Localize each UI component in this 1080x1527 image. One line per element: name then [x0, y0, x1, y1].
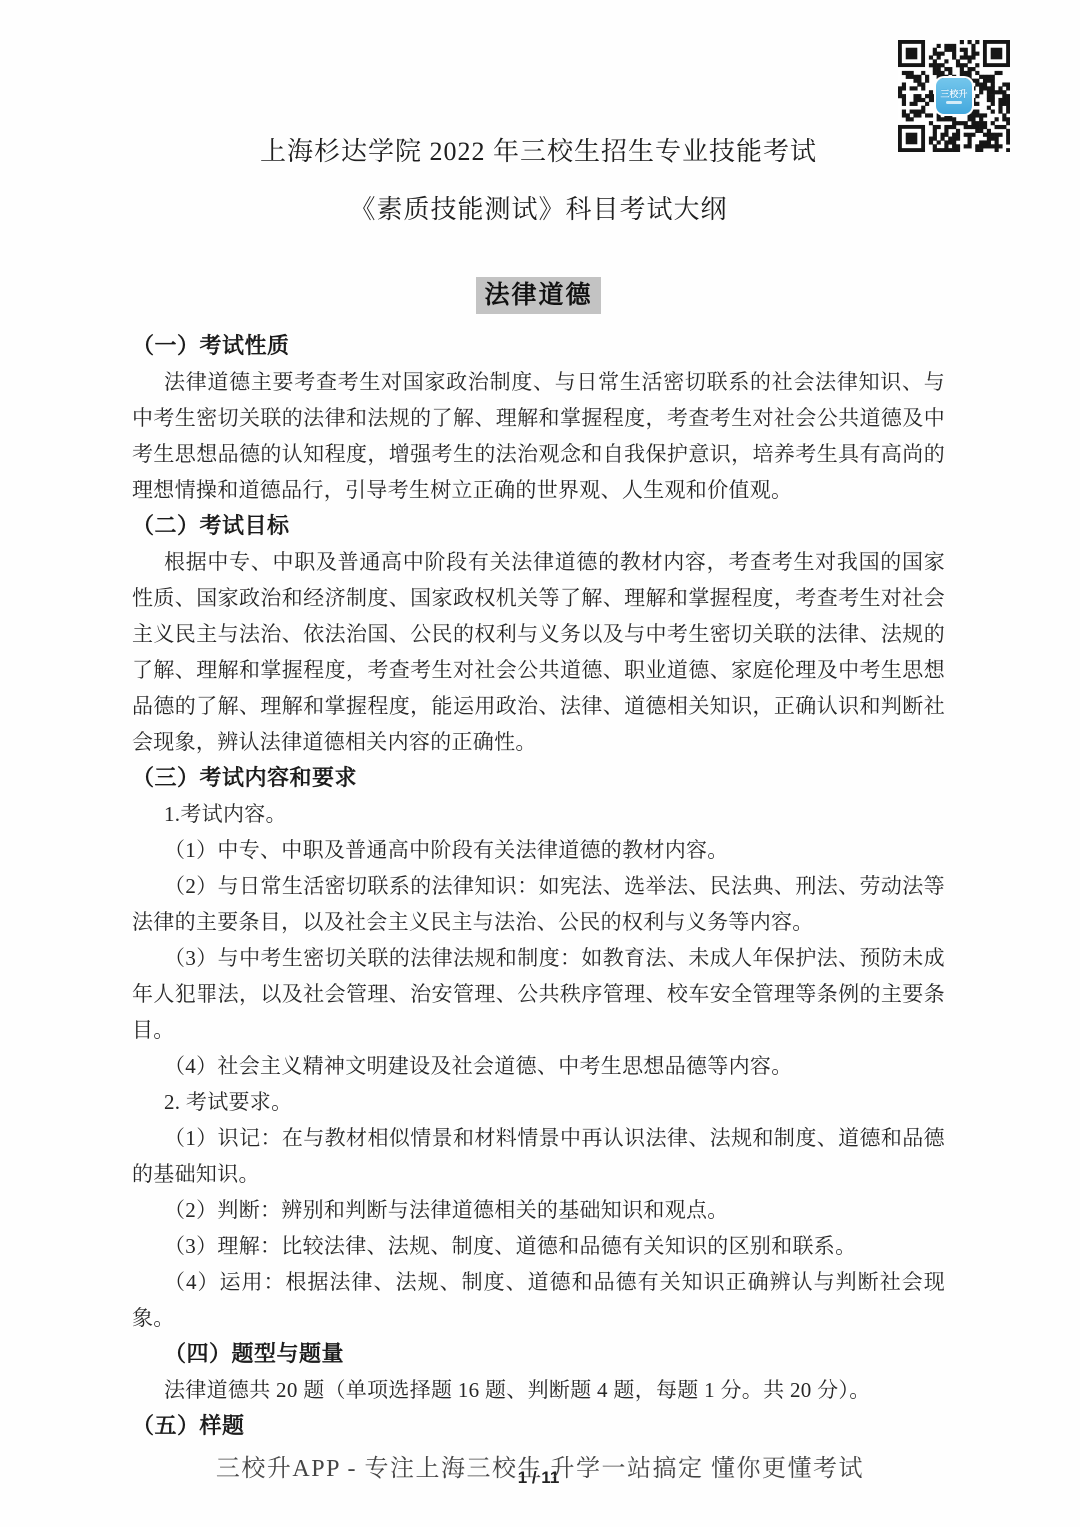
- sections: （一）考试性质 法律道德主要考查考生对国家政治制度、与日常生活密切联系的社会法律…: [132, 328, 945, 1444]
- document-page: 三校升 上海杉达学院 2022 年三校生招生专业技能考试 《素质技能测试》科目考…: [0, 0, 1080, 1527]
- section-heading: （五）样题: [132, 1408, 945, 1444]
- paragraph: （1）中专、中职及普通高中阶段有关法律道德的教材内容。: [132, 832, 945, 868]
- footer-slogan: 三校升APP - 专注上海三校生 升学一站搞定 懂你更懂考试: [0, 1448, 1080, 1483]
- document-title-line1: 上海杉达学院 2022 年三校生招生专业技能考试: [132, 136, 945, 168]
- paragraph: （2）判断：辨别和判断与法律道德相关的基础知识和观点。: [132, 1192, 945, 1228]
- section-sample-questions: （五）样题: [132, 1408, 945, 1444]
- paragraph: 法律道德共 20 题（单项选择题 16 题、判断题 4 题，每题 1 分。共 2…: [132, 1372, 945, 1408]
- section-exam-content-requirements: （三）考试内容和要求 1.考试内容。 （1）中专、中职及普通高中阶段有关法律道德…: [132, 760, 945, 1336]
- paragraph: （4）运用：根据法律、法规、制度、道德和品德有关知识正确辨认与判断社会现象。: [132, 1264, 945, 1336]
- section-heading: （二）考试目标: [132, 508, 945, 544]
- document-title-line2: 《素质技能测试》科目考试大纲: [132, 194, 945, 226]
- paragraph: （4）社会主义精神文明建设及社会道德、中考生思想品德等内容。: [132, 1048, 945, 1084]
- qr-app-icon-subline: [946, 101, 962, 104]
- paragraph: 根据中专、中职及普通高中阶段有关法律道德的教材内容，考查考生对我国的国家性质、国…: [132, 544, 945, 760]
- section-exam-nature: （一）考试性质 法律道德主要考查考生对国家政治制度、与日常生活密切联系的社会法律…: [132, 328, 945, 508]
- subject-badge: 法律道德: [476, 277, 600, 314]
- subject-badge-row: 法律道德: [132, 277, 945, 314]
- section-heading: （四）题型与题量: [132, 1336, 945, 1372]
- paragraph: （2）与日常生活密切联系的法律知识：如宪法、选举法、民法典、刑法、劳动法等法律的…: [132, 868, 945, 940]
- section-question-types: （四）题型与题量 法律道德共 20 题（单项选择题 16 题、判断题 4 题，每…: [132, 1336, 945, 1408]
- paragraph: 2. 考试要求。: [132, 1084, 945, 1120]
- section-heading: （一）考试性质: [132, 328, 945, 364]
- paragraph: （3）理解：比较法律、法规、制度、道德和品德有关知识的区别和联系。: [132, 1228, 945, 1264]
- section-exam-objectives: （二）考试目标 根据中专、中职及普通高中阶段有关法律道德的教材内容，考查考生对我…: [132, 508, 945, 760]
- paragraph: （1）识记：在与教材相似情景和材料情景中再认识法律、法规和制度、道德和品德的基础…: [132, 1120, 945, 1192]
- paragraph: （3）与中考生密切关联的法律法规和制度：如教育法、未成人年保护法、预防未成年人犯…: [132, 940, 945, 1048]
- section-heading: （三）考试内容和要求: [132, 760, 945, 796]
- paragraph: 法律道德主要考查考生对国家政治制度、与日常生活密切联系的社会法律知识、与中考生密…: [132, 364, 945, 508]
- document-content: 上海杉达学院 2022 年三校生招生专业技能考试 《素质技能测试》科目考试大纲 …: [132, 0, 945, 1488]
- paragraph: 1.考试内容。: [132, 796, 945, 832]
